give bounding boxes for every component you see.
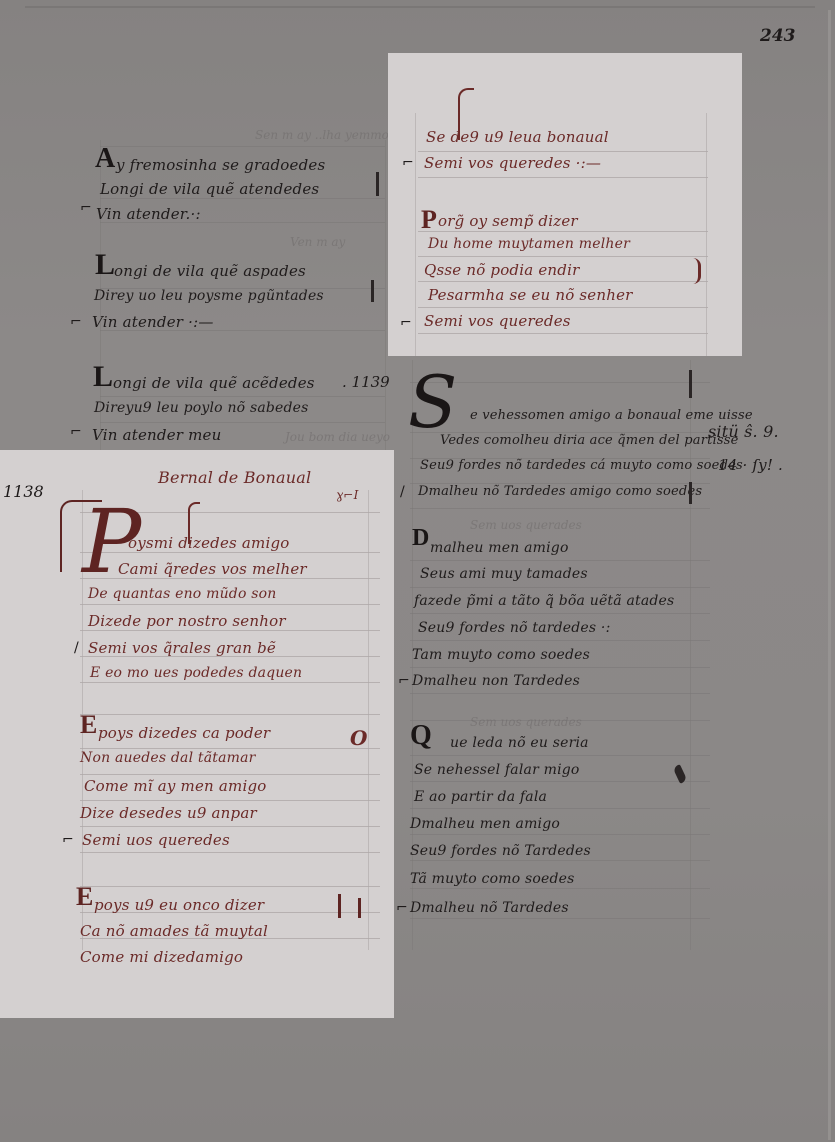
ruling-line xyxy=(80,852,380,853)
rubric-bracket xyxy=(689,370,692,398)
initial-letter: L xyxy=(93,360,113,394)
verse-line: Direy uo leu poysme pgũntades xyxy=(94,288,324,304)
ruling-line xyxy=(410,860,710,861)
initial-letter: S xyxy=(408,360,457,444)
author-heading: Bernal de Bonaual xyxy=(158,468,311,487)
verse-line: Semi vos queredes ·:— xyxy=(424,154,601,172)
ruling-line xyxy=(410,781,710,782)
verse-line: org̃ oy semp̃ dizer xyxy=(438,212,578,230)
verse-line: Du home muytamen melher xyxy=(428,236,630,252)
bleed-through-text: Ven m ay xyxy=(290,235,345,249)
ruling-margin xyxy=(690,360,691,950)
refrain-mark: / xyxy=(400,484,405,500)
initial-letter: Q xyxy=(410,720,432,752)
verse-line: Come mi dizedamigo xyxy=(80,948,243,966)
ruling-margin xyxy=(706,113,707,356)
bleed-through-text: Sem uos querades xyxy=(470,518,582,532)
ruling-line xyxy=(80,682,380,683)
refrain-mark: ⌐ xyxy=(80,200,92,216)
ruling-line xyxy=(410,808,710,809)
manuscript-page: 243 Sen m ay ..lha yemmos Ven m ay Sem u… xyxy=(0,0,835,1142)
ruling-line xyxy=(100,198,385,199)
verse-line: Cami q̃redes vos melher xyxy=(118,560,307,578)
ruling-line xyxy=(80,714,380,715)
verse-line: Seu9 fordes nõ tardedes ·: xyxy=(418,620,611,636)
verse-line: Semi vos q̃rales gran bẽ xyxy=(88,639,276,657)
verse-line: Direyu9 leu poylo nõ sabedes xyxy=(94,400,309,416)
initial-letter: P xyxy=(421,205,437,235)
verse-line: ue leda nõ eu seria xyxy=(450,735,589,751)
ruling-margin xyxy=(415,113,416,356)
rubric-bracket xyxy=(358,898,361,918)
highlight-region-left-bottom: 1138 Bernal de Bonaual P oysmi dizedes a… xyxy=(0,450,394,1018)
ruling-line xyxy=(418,231,708,232)
initial-letter: L xyxy=(95,248,115,282)
ruling-line xyxy=(100,396,385,397)
ruling-line xyxy=(418,281,708,282)
refrain-mark: ⌐ xyxy=(396,900,408,916)
rubric-mark: O xyxy=(350,726,368,750)
ruling-line xyxy=(80,748,380,749)
ruling-line xyxy=(418,333,708,334)
refrain-mark: ⌐ xyxy=(62,832,74,848)
ruling-line xyxy=(418,151,708,152)
ruling-line xyxy=(100,422,385,423)
marginal-number-1139: . 1139 xyxy=(342,373,390,391)
verse-line: Tã muyto como soedes xyxy=(410,871,575,887)
refrain-mark: ⌐ xyxy=(398,673,410,689)
verse-line: Come mĩ ay men amigo xyxy=(84,777,266,795)
ruling-line xyxy=(410,508,710,509)
verse-line: ongi de vila quẽ aspades xyxy=(114,262,306,280)
refrain-mark: ⌐ xyxy=(400,315,412,331)
ruling-line xyxy=(80,604,380,605)
ruling-line xyxy=(410,560,710,561)
verse-line: ongi de vila quẽ acẽdedes xyxy=(113,374,315,392)
verse-line: Qsse nõ podia endir xyxy=(424,261,579,279)
verse-line: Vin atender meu xyxy=(92,426,221,444)
rubric-mark: ɣ⌐I xyxy=(336,488,359,502)
verse-line: Seus ami muy tamades xyxy=(420,566,588,582)
margin-note: sitü ŝ. 9. xyxy=(708,422,779,441)
verse-line: Vin atender.·: xyxy=(96,205,201,223)
bleed-through-text: Sem uos querades xyxy=(470,715,582,729)
verse-line: y fremosinha se gradoedes xyxy=(116,156,325,174)
rubric-bracket xyxy=(376,172,379,196)
verse-line: De quantas eno mũdo son xyxy=(88,586,276,602)
rubric-bracket xyxy=(338,894,341,918)
bleed-through-text: Jou bom dia ueyo xyxy=(285,430,390,444)
ruling-line xyxy=(100,146,385,147)
highlight-region-right-top: Se de9 u9 leua bonaual ⌐ Semi vos quered… xyxy=(388,53,742,356)
verse-line: Semi uos queredes xyxy=(82,831,230,849)
verse-line: Pesarmha se eu nõ senher xyxy=(428,286,633,304)
initial-letter: D xyxy=(412,525,429,552)
ruling-line xyxy=(410,613,710,614)
verse-line: oysmi dizedes amigo xyxy=(128,534,290,552)
verse-line: Dmalheu nõ Tardedes amigo como soedes xyxy=(418,484,702,499)
initial-letter: E xyxy=(76,882,93,912)
verse-line: E eo mo ues podedes daquen xyxy=(90,665,302,681)
rubric-bracket xyxy=(689,482,692,504)
ruling-line xyxy=(410,888,710,889)
verse-line: Tam muyto como soedes xyxy=(412,647,590,663)
ruling-line xyxy=(410,918,710,919)
verse-line: Seu9 fordes nõ Tardedes xyxy=(410,843,591,859)
ruling-line xyxy=(418,256,708,257)
verse-line: Dize desedes u9 anpar xyxy=(80,804,257,822)
folio-number: 243 xyxy=(760,26,796,46)
ruling-line xyxy=(410,587,710,588)
refrain-mark: ⌐ xyxy=(70,424,82,440)
ruling-line xyxy=(410,755,710,756)
marginal-number-1138: 1138 xyxy=(3,482,44,501)
ruling-line xyxy=(410,693,710,694)
refrain-mark: / xyxy=(74,640,79,656)
ruling-line xyxy=(410,640,710,641)
verse-line: Se de9 u9 leua bonaual xyxy=(426,128,609,146)
ruling-line xyxy=(80,886,380,887)
verse-line: fazede p̃mi a tãto q̃ bõa uẽtã atades xyxy=(414,593,674,609)
verse-line: Dmalheu non Tardedes xyxy=(412,673,580,689)
rubric-bracket xyxy=(688,258,701,284)
refrain-mark: ⌐ xyxy=(402,155,414,171)
ruling-line xyxy=(80,826,380,827)
rubric-bracket xyxy=(371,280,374,302)
bleed-through-text: Sen m ay ..lha yemmos xyxy=(255,128,395,142)
verse-line: E ao partir da fala xyxy=(414,789,547,805)
initial-letter: A xyxy=(95,143,115,175)
ruling-margin xyxy=(385,140,386,450)
ruling-line xyxy=(80,774,380,775)
ruling-line xyxy=(418,177,708,178)
verse-line: Dizede por nostro senhor xyxy=(88,612,286,630)
verse-line: Vedes comolheu diria ace q̃men del parti… xyxy=(440,433,739,448)
verse-line: Vin atender ·:— xyxy=(92,313,214,331)
ruling-line xyxy=(410,834,710,835)
margin-note: 14 · ſy! . xyxy=(718,456,783,474)
verse-line: Non auedes dal tãtamar xyxy=(80,750,256,766)
verse-line: Se nehessel falar migo xyxy=(414,762,580,778)
verse-line: poys dizedes ca poder xyxy=(98,724,270,742)
verse-line: e vehessomen amigo a bonaual eme uisse xyxy=(470,408,753,423)
verse-line: Seu9 fordes nõ tardedes cá muyto como so… xyxy=(420,458,743,473)
verse-line: Semi vos queredes xyxy=(424,312,571,330)
ruling-line xyxy=(80,630,380,631)
verse-line: malheu men amigo xyxy=(430,540,569,556)
ruling-line xyxy=(418,307,708,308)
verse-line: Longi de vila quẽ atendedes xyxy=(100,180,319,198)
verse-line: Ca nõ amades tã muytal xyxy=(80,922,268,940)
verse-line: Dmalheu men amigo xyxy=(410,816,560,832)
refrain-mark: ⌐ xyxy=(70,314,82,330)
ruling-line xyxy=(410,667,710,668)
initial-letter: E xyxy=(80,710,97,740)
ruling-line xyxy=(80,800,380,801)
verse-line: Dmalheu nõ Tardedes xyxy=(410,900,569,916)
page-top-edge xyxy=(25,6,815,8)
verse-line: poys u9 eu onco dizer xyxy=(94,896,264,914)
page-right-edge xyxy=(828,10,831,1140)
ruling-margin xyxy=(368,490,369,950)
